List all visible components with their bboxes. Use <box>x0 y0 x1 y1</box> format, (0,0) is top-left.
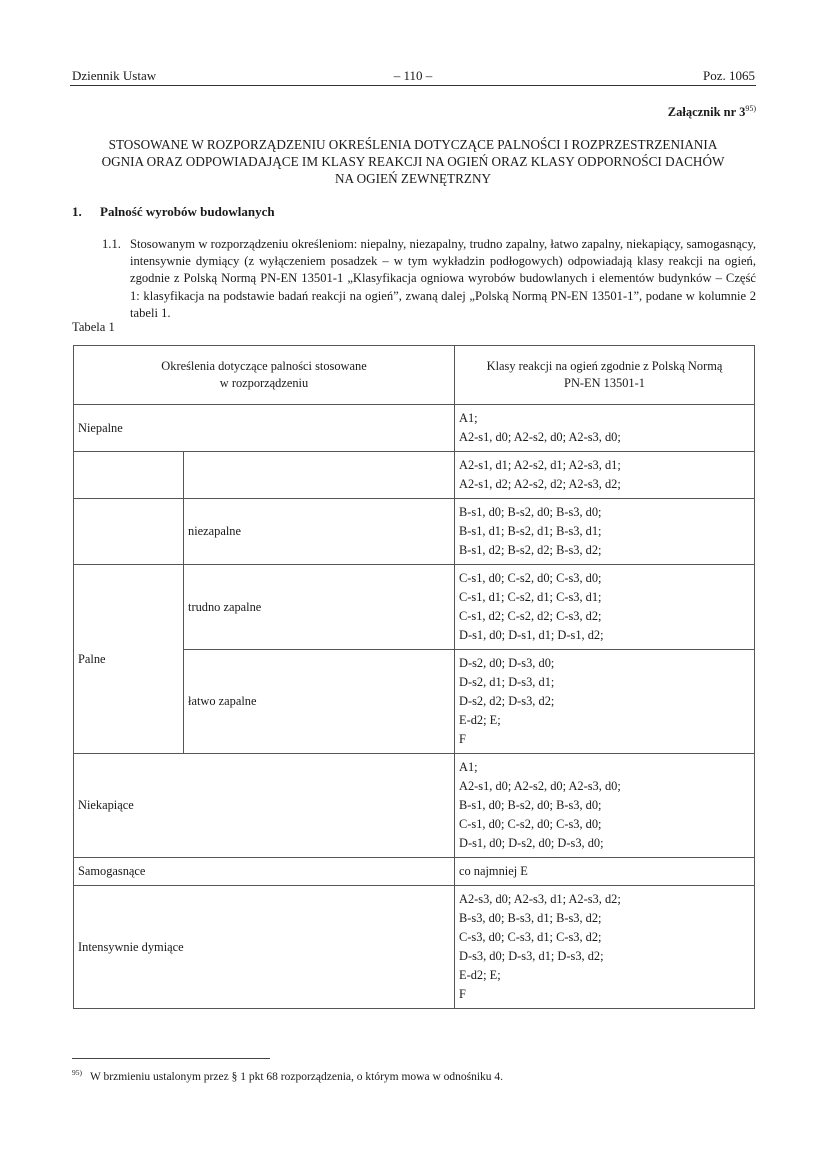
table-row: Niekapiące A1;A2-s1, d0; A2-s2, d0; A2-s… <box>74 754 755 858</box>
header-line: Określenia dotyczące palności stosowane <box>78 358 450 375</box>
table-row: Samogasnące co najmniej E <box>74 858 755 886</box>
classes-cell: B-s1, d0; B-s2, d0; B-s3, d0;B-s1, d1; B… <box>455 499 755 565</box>
class-line: A2-s1, d1; A2-s2, d1; A2-s3, d1; <box>459 456 750 475</box>
table-row: Niepalne A1;A2-s1, d0; A2-s2, d0; A2-s3,… <box>74 405 755 452</box>
table-header-row: Określenia dotyczące palności stosowane … <box>74 346 755 405</box>
title-line: OGNIA ORAZ ODPOWIADAJĄCE IM KLASY REAKCJ… <box>70 153 756 170</box>
class-line: co najmniej E <box>459 862 750 881</box>
subterm-cell: trudno zapalne <box>184 565 455 650</box>
subterm-cell: łatwo zapalne <box>184 650 455 754</box>
term-cell: Palne <box>74 565 184 754</box>
page-number: – 110 – <box>70 68 756 84</box>
class-line: B-s1, d2; B-s2, d2; B-s3, d2; <box>459 541 750 560</box>
class-line: D-s2, d1; D-s3, d1; <box>459 673 750 692</box>
page-header: Dziennik Ustaw – 110 – Poz. 1065 <box>70 67 756 86</box>
classes-cell: A2-s1, d1; A2-s2, d1; A2-s3, d1;A2-s1, d… <box>455 452 755 499</box>
term-cell <box>74 499 184 565</box>
class-line: C-s1, d2; C-s2, d2; C-s3, d2; <box>459 607 750 626</box>
class-line: A2-s3, d0; A2-s3, d1; A2-s3, d2; <box>459 890 750 909</box>
title-line: STOSOWANE W ROZPORZĄDZENIU OKREŚLENIA DO… <box>70 136 756 153</box>
header-line: w rozporządzeniu <box>78 375 450 392</box>
position-number: Poz. 1065 <box>703 68 755 84</box>
footnote-text: W brzmieniu ustalonym przez § 1 pkt 68 r… <box>90 1071 503 1083</box>
title-line: NA OGIEŃ ZEWNĘTRZNY <box>70 170 756 187</box>
classification-table: Określenia dotyczące palności stosowane … <box>73 345 755 1009</box>
header-classes: Klasy reakcji na ogień zgodnie z Polską … <box>455 346 755 405</box>
classes-cell: co najmniej E <box>455 858 755 886</box>
class-line: D-s2, d2; D-s3, d2; <box>459 692 750 711</box>
section-title: Palność wyrobów budowlanych <box>100 204 275 219</box>
class-line: F <box>459 985 750 1004</box>
class-line: A2-s1, d2; A2-s2, d2; A2-s3, d2; <box>459 475 750 494</box>
annex-footnote-ref[interactable]: 95) <box>745 104 756 113</box>
table-label: Tabela 1 <box>72 320 115 335</box>
paragraph-number: 1.1. <box>102 236 121 253</box>
subterm-cell <box>184 452 455 499</box>
class-line: C-s1, d1; C-s2, d1; C-s3, d1; <box>459 588 750 607</box>
class-line: D-s1, d0; D-s1, d1; D-s1, d2; <box>459 626 750 645</box>
section-heading: 1.Palność wyrobów budowlanych <box>72 204 275 220</box>
class-line: A1; <box>459 409 750 428</box>
class-line: D-s3, d0; D-s3, d1; D-s3, d2; <box>459 947 750 966</box>
table-row: niezapalne B-s1, d0; B-s2, d0; B-s3, d0;… <box>74 499 755 565</box>
classes-cell: A2-s3, d0; A2-s3, d1; A2-s3, d2;B-s3, d0… <box>455 886 755 1009</box>
class-line: B-s1, d1; B-s2, d1; B-s3, d1; <box>459 522 750 541</box>
class-line: C-s1, d0; C-s2, d0; C-s3, d0; <box>459 569 750 588</box>
table-row: A2-s1, d1; A2-s2, d1; A2-s3, d1;A2-s1, d… <box>74 452 755 499</box>
class-line: A1; <box>459 758 750 777</box>
table-row: Palne trudno zapalne C-s1, d0; C-s2, d0;… <box>74 565 755 650</box>
class-line: D-s1, d0; D-s2, d0; D-s3, d0; <box>459 834 750 853</box>
paragraph-text: Stosowanym w rozporządzeniu określeniom:… <box>130 236 756 322</box>
footnote: 95)W brzmieniu ustalonym przez § 1 pkt 6… <box>72 1068 503 1083</box>
class-line: A2-s1, d0; A2-s2, d0; A2-s3, d0; <box>459 777 750 796</box>
document-title: STOSOWANE W ROZPORZĄDZENIU OKREŚLENIA DO… <box>70 136 756 187</box>
class-line: B-s1, d0; B-s2, d0; B-s3, d0; <box>459 796 750 815</box>
classes-cell: A1;A2-s1, d0; A2-s2, d0; A2-s3, d0; <box>455 405 755 452</box>
term-cell: Intensywnie dymiące <box>74 886 455 1009</box>
term-cell: Niekapiące <box>74 754 455 858</box>
class-line: A2-s1, d0; A2-s2, d0; A2-s3, d0; <box>459 428 750 447</box>
term-cell: Samogasnące <box>74 858 455 886</box>
class-line: E-d2; E; <box>459 966 750 985</box>
class-line: F <box>459 730 750 749</box>
header-line: PN-EN 13501-1 <box>459 375 750 392</box>
annex-text: Załącznik nr 3 <box>668 105 746 119</box>
subterm-cell: niezapalne <box>184 499 455 565</box>
class-line: C-s3, d0; C-s3, d1; C-s3, d2; <box>459 928 750 947</box>
classes-cell: D-s2, d0; D-s3, d0;D-s2, d1; D-s3, d1;D-… <box>455 650 755 754</box>
term-cell <box>74 452 184 499</box>
section-number: 1. <box>72 204 100 220</box>
class-line: B-s1, d0; B-s2, d0; B-s3, d0; <box>459 503 750 522</box>
class-line: D-s2, d0; D-s3, d0; <box>459 654 750 673</box>
annex-label: Załącznik nr 395) <box>668 104 756 120</box>
term-cell: Niepalne <box>74 405 455 452</box>
header-line: Klasy reakcji na ogień zgodnie z Polską … <box>459 358 750 375</box>
header-terms: Określenia dotyczące palności stosowane … <box>74 346 455 405</box>
classes-cell: A1;A2-s1, d0; A2-s2, d0; A2-s3, d0;B-s1,… <box>455 754 755 858</box>
class-line: E-d2; E; <box>459 711 750 730</box>
class-line: C-s1, d0; C-s2, d0; C-s3, d0; <box>459 815 750 834</box>
footnote-ref: 95) <box>72 1068 82 1077</box>
table-row: Intensywnie dymiące A2-s3, d0; A2-s3, d1… <box>74 886 755 1009</box>
class-line: B-s3, d0; B-s3, d1; B-s3, d2; <box>459 909 750 928</box>
footnote-separator <box>72 1058 270 1059</box>
classes-cell: C-s1, d0; C-s2, d0; C-s3, d0;C-s1, d1; C… <box>455 565 755 650</box>
paragraph-1-1: 1.1. Stosowanym w rozporządzeniu określe… <box>102 236 756 322</box>
